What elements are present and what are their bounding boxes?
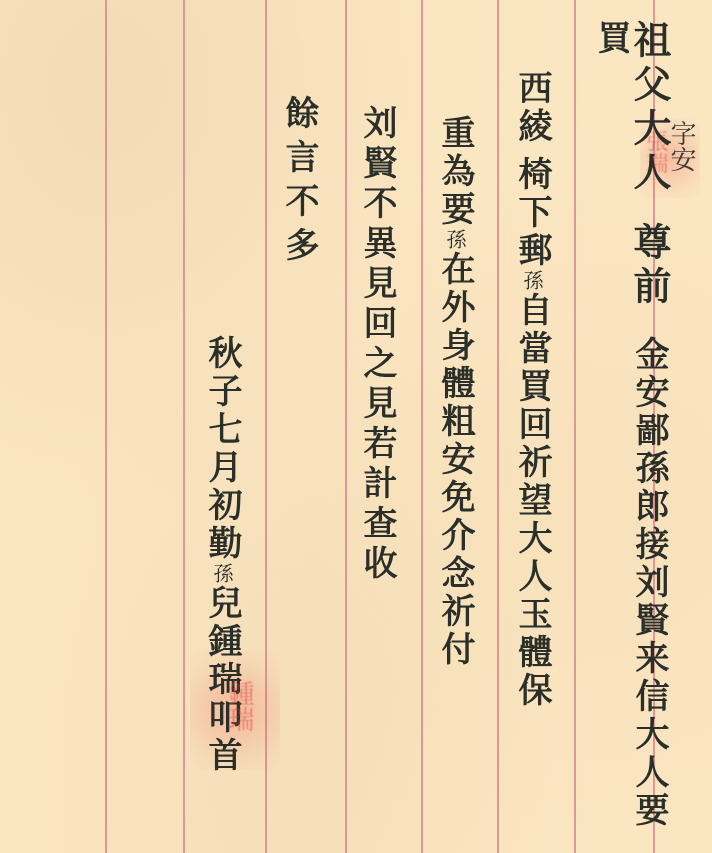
letter-column-3: 重為要孫在外身體粗安免介念祈付 xyxy=(438,115,472,669)
salutation-honorific: 尊前 xyxy=(627,222,672,310)
letter-column-5: 餘言不多 xyxy=(282,95,316,271)
letter-column-1: 祖父大人尊前金安鄙孫郎接刘賢来信大人要買 xyxy=(592,20,668,853)
salutation: 祖父大人 xyxy=(627,20,672,196)
column-text: 重為要 xyxy=(435,115,475,229)
ruled-line xyxy=(183,0,185,853)
small-self-reference: 孫 xyxy=(210,563,234,585)
ruled-line xyxy=(421,0,423,853)
column-text: 刘賢不異見回之見若計查收 xyxy=(357,105,397,585)
letter-column-2: 西綾椅下郵孫自當買回祈望大人玉體保 xyxy=(515,70,549,710)
ruled-line xyxy=(497,0,499,853)
ruled-line xyxy=(105,0,107,853)
small-self-reference: 孫 xyxy=(520,270,544,292)
column-text: 西綾 xyxy=(512,70,552,146)
closing-phrase: 餘言不多 xyxy=(279,95,319,271)
column-text: 自當買回祈望大人玉體保 xyxy=(512,292,552,710)
small-self-reference: 孫 xyxy=(443,229,467,251)
red-seal-bottom-text: 鍾瑞 xyxy=(226,680,252,732)
ruled-line xyxy=(345,0,347,853)
column-text: 椅下郵 xyxy=(512,156,552,270)
letter-column-4: 刘賢不異見回之見若計查收 xyxy=(360,105,394,585)
ruled-line xyxy=(574,0,576,853)
column-text: 在外身體粗安免介念祈付 xyxy=(435,251,475,669)
date: 秋子七月初勤 xyxy=(202,335,242,563)
